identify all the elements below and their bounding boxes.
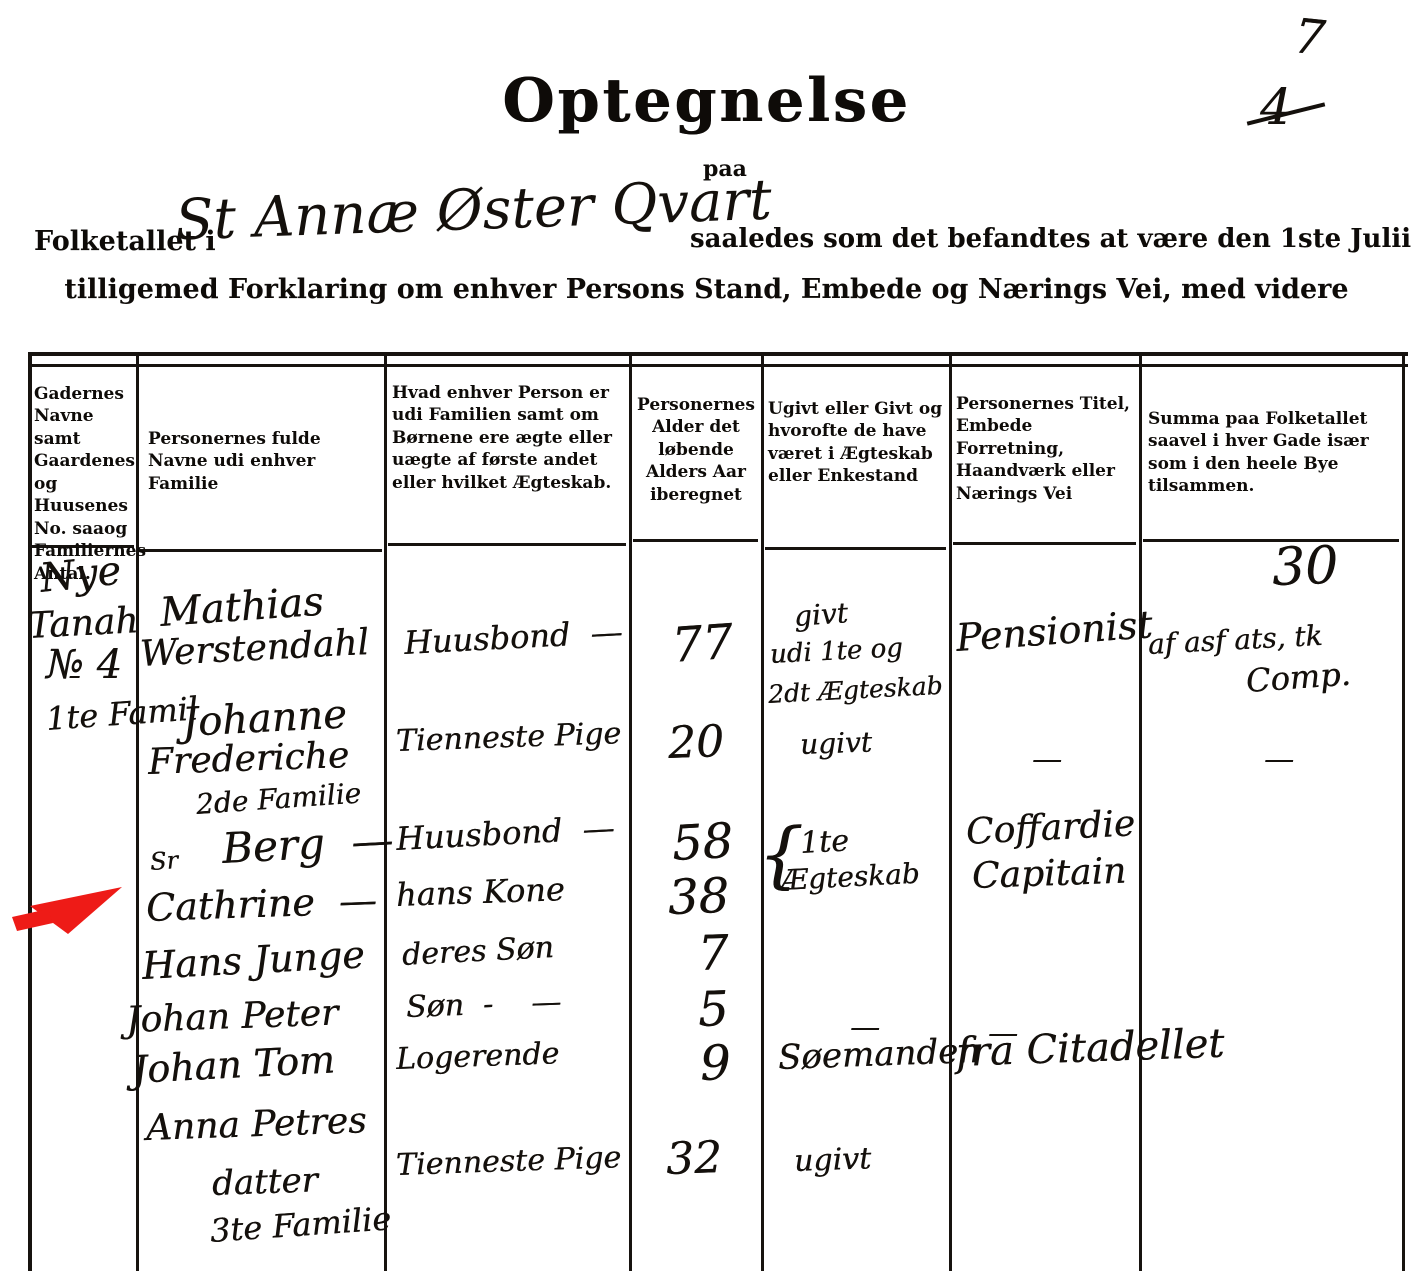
name-johan-tom: Johan Tom: [131, 1037, 336, 1092]
header-underline-col3: [388, 543, 626, 546]
header-underline-col6: [953, 542, 1136, 545]
table-border-col6: [1139, 353, 1142, 1271]
marital-anna: ugivt: [793, 1141, 871, 1179]
age-hans-junge: 7: [697, 925, 729, 982]
line1-suffix: saaledes som det befandtes at være den 1…: [690, 224, 1413, 254]
name-berg: Berg —: [221, 815, 395, 873]
marital-berg-line2: Ægteskab: [779, 857, 920, 897]
relation-berg: Huusbond —: [395, 809, 615, 858]
column-header-age: Personernes Alder det løbende Alders Aar…: [637, 394, 755, 506]
age-johan-peter: 5: [697, 981, 729, 1038]
column-header-relation: Hvad enhver Person er udi Familien samt …: [392, 382, 624, 494]
relation-johan-tom: Logerende: [395, 1036, 559, 1077]
name-johan-peter: Johan Peter: [125, 993, 339, 1041]
name-anna-petres: Anna Petres: [145, 1100, 367, 1149]
header-underline-col2: [140, 549, 382, 552]
column-header-marital: Ugivt eller Givt og hvorofte de have vær…: [768, 398, 946, 488]
marital-row1-line3: 2dt Ægteskab: [767, 671, 943, 709]
house-number: № 4: [46, 642, 122, 688]
age-johanne: 20: [667, 716, 725, 769]
marital-row1-line1: givt: [793, 596, 849, 633]
age-anna: 32: [665, 1132, 723, 1185]
relation-row1: Huusbond —: [403, 613, 623, 662]
name-anna-datter: datter: [211, 1160, 318, 1204]
street-name-line1: Nye: [38, 548, 124, 602]
age-berg: 58: [671, 813, 735, 872]
summa-row1-line2: Comp.: [1245, 655, 1352, 700]
table-border-col5: [949, 353, 952, 1271]
census-document-page: 7 4 Optegnelse paa Folketallet i St Annæ…: [0, 0, 1413, 1271]
relation-anna: Tienneste Pige: [395, 1140, 621, 1183]
street-name-line2: Tanah: [27, 600, 140, 647]
title-johan-tom: fra Citadellet: [955, 1021, 1225, 1076]
name-frederiche: Frederiche: [147, 735, 350, 783]
document-title: Optegnelse: [0, 66, 1413, 136]
title-berg-line2: Capitain: [971, 851, 1127, 897]
table-border-col1: [136, 353, 139, 1271]
column-header-summa: Summa paa Folketallet saavel i hver Gade…: [1148, 408, 1400, 498]
red-arrow: [8, 878, 130, 940]
handwritten-place-name: St Annæ Øster Qvart: [174, 168, 773, 254]
relation-row2: Tienneste Pige: [395, 716, 621, 759]
marital-berg-line1: 1te: [799, 823, 850, 861]
marital-row1-line2: udi 1te og: [769, 633, 903, 670]
title-johanne-dash: —: [1032, 742, 1062, 777]
column-header-occupation: Personernes Titel, Embede Forretning, Ha…: [956, 393, 1136, 505]
corner-mark-seven: 7: [1291, 8, 1327, 67]
name-berg-prefix: Sr: [149, 846, 179, 876]
relation-hans-junge: deres Søn: [401, 930, 555, 973]
table-border-left: [28, 353, 32, 1271]
title-berg-line1: Coffardie: [965, 803, 1136, 853]
table-top-rule-outer: [28, 352, 1408, 356]
summa-row1-line1: af asf ats, tk: [1147, 619, 1323, 661]
summa-johanne-dash: —: [1264, 742, 1294, 777]
header-underline-col5: [765, 547, 946, 550]
age-cathrine: 38: [667, 868, 730, 926]
marital-johan-tom: Søemanden: [777, 1031, 980, 1078]
title-row1: Pensionist: [954, 602, 1153, 660]
family-1-label: 1te Famil: [45, 689, 200, 738]
name-cathrine: Cathrine —: [145, 878, 377, 930]
marital-johanne: ugivt: [799, 725, 872, 760]
age-mathias: 77: [670, 614, 735, 674]
summa-total: 30: [1271, 536, 1339, 598]
table-border-col3: [629, 353, 632, 1271]
relation-cathrine: hans Kone: [395, 870, 565, 914]
line2-subtitle: tilligemed Forklaring om enhver Persons …: [0, 274, 1413, 305]
age-johan-tom: 9: [699, 1035, 731, 1092]
family-3-label: 3te Familie: [209, 1199, 393, 1250]
name-hans-junge: Hans Junge: [141, 932, 366, 988]
table-top-rule-inner: [28, 364, 1408, 367]
family-2-label: 2de Familie: [195, 777, 362, 821]
header-underline-col4: [633, 539, 758, 542]
red-arrow-tail: [12, 909, 53, 931]
table-border-right: [1402, 353, 1405, 1271]
table-border-col2: [384, 353, 387, 1271]
relation-johan-peter: Søn - —: [405, 985, 561, 1025]
column-header-names: Personernes fulde Navne udi enhver Famil…: [148, 428, 378, 495]
